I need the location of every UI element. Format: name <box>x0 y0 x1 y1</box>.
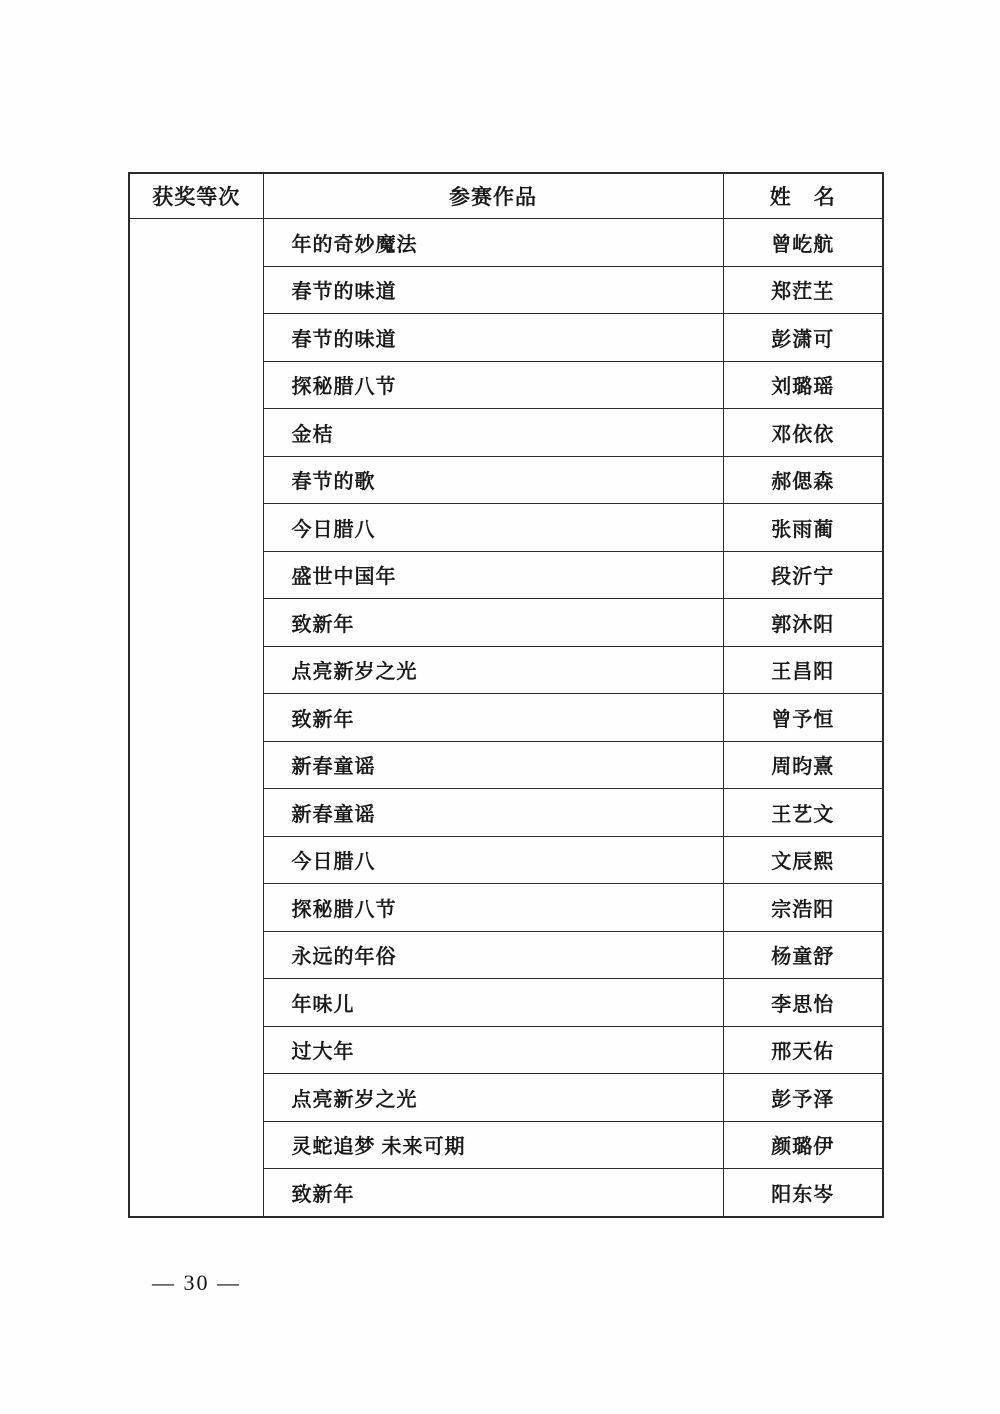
name-cell: 王艺文 <box>723 789 883 837</box>
table-row: 年的奇妙魔法 曾屹航 <box>129 219 883 267</box>
name-cell: 郑茳芏 <box>723 266 883 314</box>
name-cell: 阳东岑 <box>723 1169 883 1217</box>
name-cell: 文辰熙 <box>723 836 883 884</box>
name-cell: 刘璐瑶 <box>723 361 883 409</box>
work-cell: 致新年 <box>263 599 723 647</box>
work-cell: 探秘腊八节 <box>263 361 723 409</box>
work-cell: 今日腊八 <box>263 836 723 884</box>
table-header-row: 获奖等次 参赛作品 姓 名 <box>129 173 883 219</box>
header-entry-work: 参赛作品 <box>263 173 723 219</box>
name-cell: 郭沐阳 <box>723 599 883 647</box>
work-cell: 点亮新岁之光 <box>263 1074 723 1122</box>
name-cell: 杨童舒 <box>723 931 883 979</box>
work-cell: 年的奇妙魔法 <box>263 219 723 267</box>
work-cell: 春节的味道 <box>263 266 723 314</box>
work-cell: 灵蛇追梦 未来可期 <box>263 1121 723 1169</box>
name-cell: 段沂宁 <box>723 551 883 599</box>
name-cell: 张雨蔺 <box>723 504 883 552</box>
name-cell: 王昌阳 <box>723 646 883 694</box>
work-cell: 春节的歌 <box>263 456 723 504</box>
name-cell: 曾屹航 <box>723 219 883 267</box>
work-cell: 盛世中国年 <box>263 551 723 599</box>
work-cell: 年味儿 <box>263 979 723 1027</box>
name-cell: 周昀熹 <box>723 741 883 789</box>
work-cell: 过大年 <box>263 1026 723 1074</box>
header-name: 姓 名 <box>723 173 883 219</box>
name-cell: 颜璐伊 <box>723 1121 883 1169</box>
header-award-level: 获奖等次 <box>129 173 263 219</box>
name-cell: 郝偲森 <box>723 456 883 504</box>
name-cell: 邓依依 <box>723 409 883 457</box>
work-cell: 金桔 <box>263 409 723 457</box>
work-cell: 永远的年俗 <box>263 931 723 979</box>
name-cell: 邢天佑 <box>723 1026 883 1074</box>
name-cell: 李思怡 <box>723 979 883 1027</box>
work-cell: 新春童谣 <box>263 741 723 789</box>
name-cell: 彭予泽 <box>723 1074 883 1122</box>
award-level-cell <box>129 219 263 1217</box>
name-cell: 彭潇可 <box>723 314 883 362</box>
name-cell: 宗浩阳 <box>723 884 883 932</box>
work-cell: 致新年 <box>263 1169 723 1217</box>
work-cell: 点亮新岁之光 <box>263 646 723 694</box>
awards-table: 获奖等次 参赛作品 姓 名 年的奇妙魔法 曾屹航 春节的味道 郑茳芏 春节的味道… <box>128 172 884 1218</box>
page-number: — 30 — <box>152 1270 241 1296</box>
name-cell: 曾予恒 <box>723 694 883 742</box>
work-cell: 春节的味道 <box>263 314 723 362</box>
work-cell: 致新年 <box>263 694 723 742</box>
work-cell: 新春童谣 <box>263 789 723 837</box>
work-cell: 探秘腊八节 <box>263 884 723 932</box>
work-cell: 今日腊八 <box>263 504 723 552</box>
document-page: 获奖等次 参赛作品 姓 名 年的奇妙魔法 曾屹航 春节的味道 郑茳芏 春节的味道… <box>0 0 1000 1414</box>
